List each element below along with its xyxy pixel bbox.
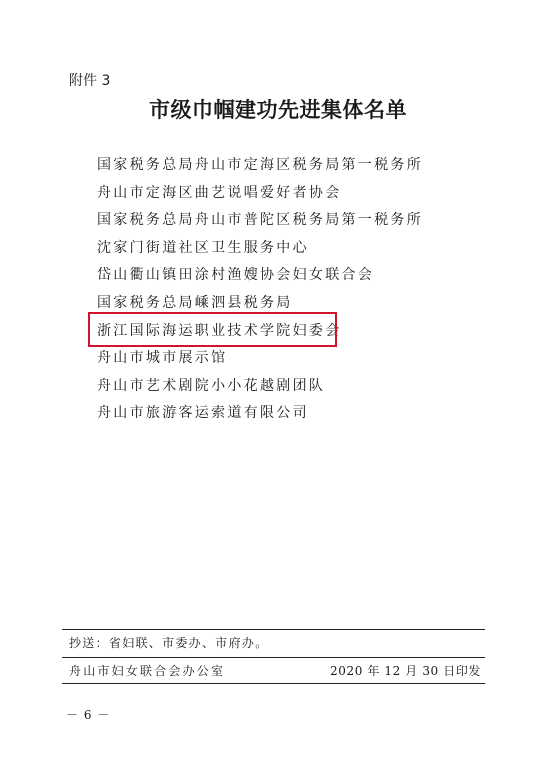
list-item: 舟山市城市展示馆 [97,345,423,373]
honoree-list: 国家税务总局舟山市定海区税务局第一税务所 舟山市定海区曲艺说唱爱好者协会 国家税… [97,152,423,428]
footer-rule-bottom [62,683,485,684]
issue-date: 2020 年 12 月 30 日印发 [330,662,481,679]
list-item: 岱山衢山镇田涂村渔嫂协会妇女联合会 [97,262,423,290]
highlight-box [88,312,337,347]
list-item: 国家税务总局舟山市普陀区税务局第一税务所 [97,207,423,235]
page-number: － 6 － [66,706,110,723]
list-item: 舟山市艺术剧院小小花越剧团队 [97,373,423,401]
page-title: 市级巾帼建功先进集体名单 [0,94,542,124]
footer-rule-top [62,629,485,630]
list-item: 国家税务总局舟山市定海区税务局第一税务所 [97,152,423,180]
issuer: 舟山市妇女联合会办公室 [69,662,225,679]
attachment-label: 附件 3 [69,70,110,90]
list-item: 舟山市旅游客运索道有限公司 [97,400,423,428]
footer-rule-middle [62,657,485,658]
list-item: 沈家门街道社区卫生服务中心 [97,235,423,263]
cc-line: 抄送：省妇联、市委办、市府办。 [69,634,269,651]
list-item: 舟山市定海区曲艺说唱爱好者协会 [97,180,423,208]
